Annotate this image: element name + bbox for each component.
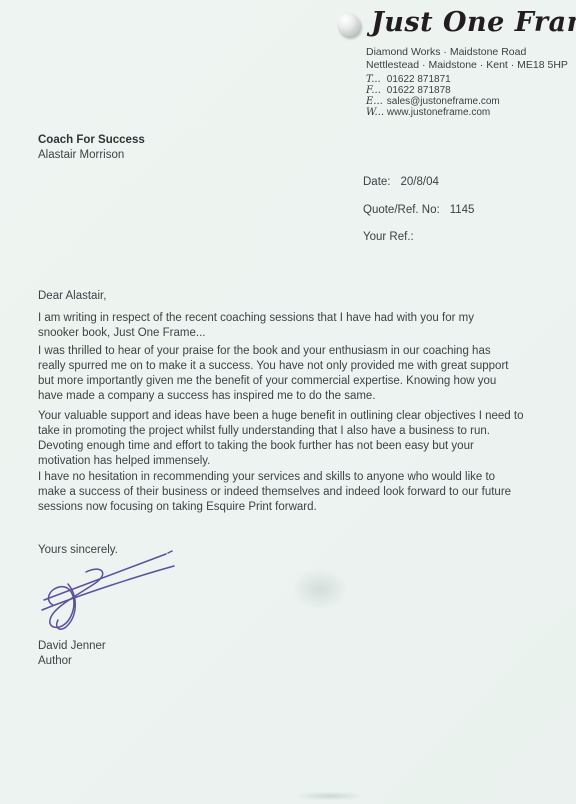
signature-ink [26, 546, 178, 636]
paragraph-line: Devoting enough time and effort to takin… [38, 439, 523, 454]
recipient-name: Alastair Morrison [38, 148, 145, 163]
paragraph-3: Your valuable support and ideas have bee… [38, 409, 523, 469]
recipient-company: Coach For Success [38, 133, 145, 148]
paragraph-line: Your valuable support and ideas have bee… [38, 409, 523, 424]
your-ref-label: Your Ref.: [363, 231, 414, 243]
scan-artifact [298, 792, 362, 800]
paragraph-line: have made a company a success has inspir… [38, 389, 508, 404]
company-name: Just One Frame... [371, 8, 576, 38]
quote-ref-value: 1145 [450, 204, 475, 216]
date-row: Date:20/8/04 [363, 176, 439, 188]
paragraph-line: really spurred me on to make it a succes… [38, 359, 508, 374]
paragraph-4: I have no hesitation in recommending you… [38, 470, 511, 515]
website-line: W... www.justoneframe.com [366, 108, 500, 119]
recipient-block: Coach For Success Alastair Morrison [38, 133, 145, 162]
date-value: 20/8/04 [401, 176, 439, 188]
address-line-2: Nettlestead · Maidstone · Kent · ME18 5H… [366, 59, 568, 72]
paragraph-1: I am writing in respect of the recent co… [38, 311, 474, 341]
email-value: sales@justoneframe.com [387, 96, 500, 107]
company-address: Diamond Works · Maidstone Road Nettleste… [366, 46, 568, 71]
phone-value: 01622 871871 [387, 74, 451, 85]
fax-value: 01622 871878 [387, 85, 451, 96]
quote-ref-label: Quote/Ref. No: [363, 204, 440, 216]
scanned-letter-page: Just One Frame... Diamond Works · Maidst… [0, 0, 576, 804]
paragraph-line: but more importantly given me the benefi… [38, 374, 508, 389]
signatory-block: David Jenner Author [38, 639, 106, 668]
paragraph-line: take in promoting the project whilst ful… [38, 424, 523, 439]
website-prefix: W... [366, 108, 384, 119]
signatory-title: Author [38, 654, 106, 669]
paragraph-2: I was thrilled to hear of your praise fo… [38, 344, 508, 404]
salutation: Dear Alastair, [38, 289, 106, 304]
contact-block: T... 01622 871871 F... 01622 871878 E...… [366, 75, 500, 119]
date-label: Date: [363, 176, 391, 188]
scan-artifact [292, 568, 348, 610]
paragraph-line: I was thrilled to hear of your praise fo… [38, 344, 508, 359]
paragraph-line: make a success of their business or inde… [38, 485, 511, 500]
signatory-name: David Jenner [38, 639, 106, 654]
cue-ball-icon [337, 13, 360, 36]
paragraph-line: I am writing in respect of the recent co… [38, 311, 474, 326]
address-line-1: Diamond Works · Maidstone Road [366, 46, 568, 59]
paragraph-line: snooker book, Just One Frame... [38, 326, 474, 341]
website-value: www.justoneframe.com [387, 107, 490, 118]
quote-ref-row: Quote/Ref. No:1145 [363, 204, 474, 216]
your-ref-row: Your Ref.: [363, 231, 414, 243]
paragraph-line: motivation has helped immensely. [38, 454, 523, 469]
paragraph-line: sessions now focusing on taking Esquire … [38, 500, 511, 515]
paragraph-line: I have no hesitation in recommending you… [38, 470, 511, 485]
